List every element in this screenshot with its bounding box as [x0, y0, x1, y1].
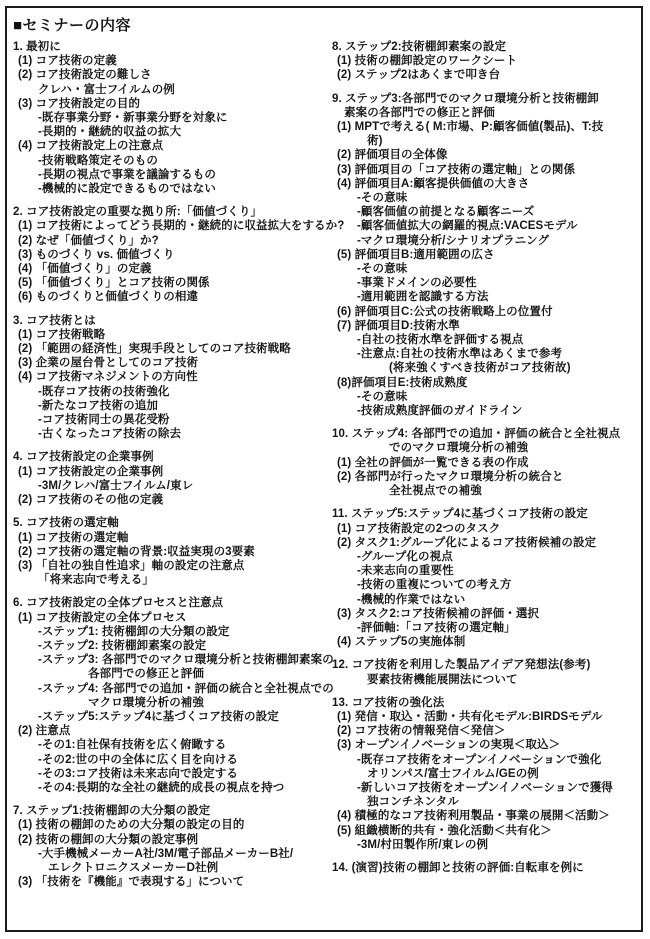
outline-line: -新たなコア技術の追加: [13, 399, 325, 413]
outline-line: -技術の重複についての考え方: [332, 578, 637, 592]
outline-line: -その1:自社保有技術を広く俯瞰する: [13, 738, 325, 752]
outline-line: (2) 技術の棚卸の大分類の設定事例: [13, 833, 325, 847]
outline-line: (3) オープンイノベーションの実現＜取込＞: [332, 738, 637, 752]
outline-line: 12. コア技術を利用した製品アイデア発想法(参考): [332, 658, 637, 672]
outline-line: (1) 技術の棚卸のための大分類の設定の目的: [13, 818, 325, 832]
outline-line: (1) コア技術の定義: [13, 54, 325, 68]
outline-line: -評価軸:「コア技術の選定軸」: [332, 621, 637, 635]
outline-line: -自社の技術水準を評価する視点: [332, 333, 637, 347]
outline-line: -機械的作業ではない: [332, 593, 637, 607]
outline-line: -技術戦略策定そのもの: [13, 154, 325, 168]
section-8: 8. ステップ2:技術棚卸素案の設定(1) 技術の棚卸設定のワークシート(2) …: [332, 40, 637, 83]
outline-line: -長期的・継続的収益の拡大: [13, 125, 325, 139]
outline-line: 1. 最初に: [13, 40, 325, 54]
outline-line: (2) 評価項目の全体像: [332, 148, 637, 162]
outline-line: -ステップ2: 技術棚卸素案の設定: [13, 639, 325, 653]
outline-line: -顧客価値の前提となる顧客ニーズ: [332, 205, 637, 219]
outline-line: (3) 「自社の独自性追求」軸の設定の注意点: [13, 559, 325, 573]
outline-line: -長期の視点で事業を議論するもの: [13, 168, 325, 182]
outline-line: (5) 評価項目B:適用範囲の広さ: [332, 248, 637, 262]
outline-line: 3. コア技術とは: [13, 314, 325, 328]
outline-line: でのマクロ環境分析の補強: [332, 441, 637, 455]
outline-line: -3M/クレハ/富士フイルム/東レ: [13, 479, 325, 493]
outline-line: 全社視点での補強: [332, 484, 637, 498]
section-3: 3. コア技術とは(1) コア技術戦略(2) 「範囲の経済性」実現手段としてのコ…: [13, 314, 325, 442]
outline-line: -顧客価値拡大の網羅的視点:VACESモデル: [332, 219, 637, 233]
outline-line: (1) コア技術戦略: [13, 328, 325, 342]
outline-line: (1) 全社の評価が一覧できる表の作成: [332, 456, 637, 470]
outline-line: (3) ものづくり vs. 価値づくり: [13, 248, 325, 262]
outline-line: (3) 評価項目の「コア技術の選定軸」との関係: [332, 163, 637, 177]
outline-line: (2) ステップ2はあくまで叩き台: [332, 68, 637, 82]
section-5: 5. コア技術の選定軸(1) コア技術の選定軸(2) コア技術の選定軸の背景:収…: [13, 516, 325, 587]
outline-line: -未来志向の重要性: [332, 564, 637, 578]
outline-line: (2) 「範囲の経済性」実現手段としてのコア技術戦略: [13, 342, 325, 356]
outline-line: (1) MPTで考える( M:市場、P:顧客価値(製品)、T:技: [332, 120, 637, 134]
outline-line: (2) 注意点: [13, 724, 325, 738]
outline-line: (1) コア技術設定の企業事例: [13, 465, 325, 479]
outline-line: 素案の各部門での修正と評価: [332, 106, 637, 120]
section-12: 12. コア技術を利用した製品アイデア発想法(参考)要素技術機能展開法について: [332, 658, 637, 686]
outline-line: 10. ステップ4: 各部門での追加・評価の統合と全社視点: [332, 427, 637, 441]
outline-line: (1) コア技術設定の2つのタスク: [332, 522, 637, 536]
outline-line: 14. (演習)技術の棚卸と技術の評価:自転車を例に: [332, 861, 637, 875]
section-9: 9. ステップ3:各部門でのマクロ環境分析と技術棚卸素案の各部門での修正と評価(…: [332, 92, 637, 419]
outline-line: 「将来志向で考える」: [13, 573, 325, 587]
outline-line: -3M/村田製作所/東レの例: [332, 838, 637, 852]
outline-line: (2) コア技術のその他の定義: [13, 493, 325, 507]
outline-line: -ステップ1: 技術棚卸の大分類の設定: [13, 625, 325, 639]
outline-line: (2) なぜ「価値づくり」か?: [13, 234, 325, 248]
section-13: 13. コア技術の強化法(1) 発信・取込・活動・共有化モデル:BIRDSモデル…: [332, 696, 637, 852]
outline-line: (1) コア技術の選定軸: [13, 531, 325, 545]
section-11: 11. ステップ5:ステップ4に基づくコア技術の設定(1) コア技術設定の2つの…: [332, 507, 637, 649]
outline-line: -ステップ4: 各部門での追加・評価の統合と全社視点での: [13, 682, 325, 696]
outline-line: (2) コア技術設定の難しさ: [13, 68, 325, 82]
section-7: 7. ステップ1:技術棚卸の大分類の設定(1) 技術の棚卸のための大分類の設定の…: [13, 804, 325, 889]
outline-line: (8)評価項目E:技術成熟度: [332, 376, 637, 390]
outline-line: (2) 各部門が行ったマクロ環境分析の統合と: [332, 470, 637, 484]
outline-line: (1) コア技術によってどう長期的・継続的に収益拡大をするか?: [13, 219, 325, 233]
outline-line: (4) コア技術設定上の注意点: [13, 139, 325, 153]
outline-line: 6. コア技術設定の全体プロセスと注意点: [13, 596, 325, 610]
outline-line: クレハ・富士フイルムの例: [13, 83, 325, 97]
outline-line: -マクロ環境分析/シナリオプラニング: [332, 234, 637, 248]
outline-line: -注意点:自社の技術水準はあくまで参考: [332, 347, 637, 361]
outline-line: 11. ステップ5:ステップ4に基づくコア技術の設定: [332, 507, 637, 521]
outline-line: -ステップ3: 各部門でのマクロ環境分析と技術棚卸素案の: [13, 653, 325, 667]
outline-line: (1) 発信・取込・活動・共有化モデル:BIRDSモデル: [332, 710, 637, 724]
section-10: 10. ステップ4: 各部門での追加・評価の統合と全社視点でのマクロ環境分析の補…: [332, 427, 637, 498]
outline-line: -既存コア技術の技術強化: [13, 385, 325, 399]
outline-line: -その4:長期的な全社の継続的成長の視点を持つ: [13, 781, 325, 795]
outline-line: -その意味: [332, 191, 637, 205]
outline-line: (3) 企業の屋台骨としてのコア技術: [13, 356, 325, 370]
outline-line: 7. ステップ1:技術棚卸の大分類の設定: [13, 804, 325, 818]
outline-line: (3) タスク2:コア技術候補の評価・選択: [332, 607, 637, 621]
outline-line: -古くなったコア技術の除去: [13, 427, 325, 441]
outline-line: (2) コア技術の情報発信＜発信＞: [332, 724, 637, 738]
outline-line: (1) コア技術設定の全体プロセス: [13, 611, 325, 625]
outline-line: (4) 積極的なコア技術利用製品・事業の展開＜活動＞: [332, 809, 637, 823]
section-6: 6. コア技術設定の全体プロセスと注意点(1) コア技術設定の全体プロセス-ステ…: [13, 596, 325, 795]
outline-line: -新しいコア技術をオープンイノベーションで獲得: [332, 781, 637, 795]
outline-line: 術): [332, 134, 637, 148]
outline-line: (5) 「価値づくり」とコア技術の関係: [13, 276, 325, 290]
outline-line: 4. コア技術設定の企業事例: [13, 450, 325, 464]
outline-line: (2) コア技術の選定軸の背景:収益実現の3要素: [13, 545, 325, 559]
section-2: 2. コア技術設定の重要な拠り所:「価値づくり」(1) コア技術によってどう長期…: [13, 205, 325, 304]
outline-line: -機械的に設定できるものではない: [13, 182, 325, 196]
outline-line: -コア技術同士の異花受粉: [13, 413, 325, 427]
section-14: 14. (演習)技術の棚卸と技術の評価:自転車を例に: [332, 861, 637, 875]
right-column: 8. ステップ2:技術棚卸素案の設定(1) 技術の棚卸設定のワークシート(2) …: [325, 40, 637, 898]
outline-line: -その意味: [332, 262, 637, 276]
outline-line: (4) コア技術マネジメントの方向性: [13, 370, 325, 384]
outline-line: (将来強くすべき技術がコア技術故): [332, 361, 637, 375]
outline-line: 13. コア技術の強化法: [332, 696, 637, 710]
outline-line: (3) コア技術設定の目的: [13, 97, 325, 111]
outline-line: -その3:コア技術は未来志向で設定する: [13, 767, 325, 781]
outline-line: (2) タスク1:グループ化によるコア技術候補の設定: [332, 536, 637, 550]
outline-line: -その2:世の中の全体に広く目を向ける: [13, 753, 325, 767]
left-column: 1. 最初に(1) コア技術の定義(2) コア技術設定の難しさクレハ・富士フイル…: [13, 40, 325, 898]
outline-line: -ステップ5:ステップ4に基づくコア技術の設定: [13, 710, 325, 724]
outline-line: オリンパス/富士フイルム/GEの例: [332, 767, 637, 781]
outline-line: -既存事業分野・新事業分野を対象に: [13, 111, 325, 125]
outline-line: (5) 組織横断的共有・強化活動＜共有化＞: [332, 824, 637, 838]
outline-line: -大手機械メーカーA社/3M/電子部品メーカーB社/: [13, 847, 325, 861]
outline-line: (7) 評価項目D:技術水準: [332, 319, 637, 333]
outline-line: (4) 評価項目A:顧客提供価値の大きさ: [332, 177, 637, 191]
outline-line: -事業ドメインの必要性: [332, 276, 637, 290]
outline-line: エレクトロニクスメーカーD社例: [13, 861, 325, 875]
outline-line: 独コンチネンタル: [332, 795, 637, 809]
outline-line: -グループ化の視点: [332, 550, 637, 564]
outline-line: (3) 「技術を『機能』で表現する」について: [13, 875, 325, 889]
outline-line: (4) 「価値づくり」の定義: [13, 262, 325, 276]
outline-line: (4) ステップ5の実施体制: [332, 635, 637, 649]
outline-line: 9. ステップ3:各部門でのマクロ環境分析と技術棚卸: [332, 92, 637, 106]
outline-line: マクロ環境分析の補強: [13, 696, 325, 710]
outline-line: -技術成熟度評価のガイドライン: [332, 404, 637, 418]
outline-line: -その意味: [332, 390, 637, 404]
page-title: ■セミナーの内容: [13, 14, 637, 35]
outline-line: 2. コア技術設定の重要な拠り所:「価値づくり」: [13, 205, 325, 219]
outline-line: (6) 評価項目C:公式の技術戦略上の位置付: [332, 305, 637, 319]
outline-line: 8. ステップ2:技術棚卸素案の設定: [332, 40, 637, 54]
document-page-frame: ■セミナーの内容 1. 最初に(1) コア技術の定義(2) コア技術設定の難しさ…: [5, 6, 643, 932]
section-4: 4. コア技術設定の企業事例(1) コア技術設定の企業事例-3M/クレハ/富士フ…: [13, 450, 325, 507]
outline-line: -適用範囲を認識する方法: [332, 290, 637, 304]
outline-line: (1) 技術の棚卸設定のワークシート: [332, 54, 637, 68]
two-column-layout: 1. 最初に(1) コア技術の定義(2) コア技術設定の難しさクレハ・富士フイル…: [13, 40, 637, 898]
outline-line: (6) ものづくりと価値づくりの相違: [13, 290, 325, 304]
outline-line: 各部門での修正と評価: [13, 667, 325, 681]
outline-line: 5. コア技術の選定軸: [13, 516, 325, 530]
outline-line: 要素技術機能展開法について: [332, 673, 637, 687]
outline-line: -既存コア技術をオープンイノベーションで強化: [332, 753, 637, 767]
section-1: 1. 最初に(1) コア技術の定義(2) コア技術設定の難しさクレハ・富士フイル…: [13, 40, 325, 196]
